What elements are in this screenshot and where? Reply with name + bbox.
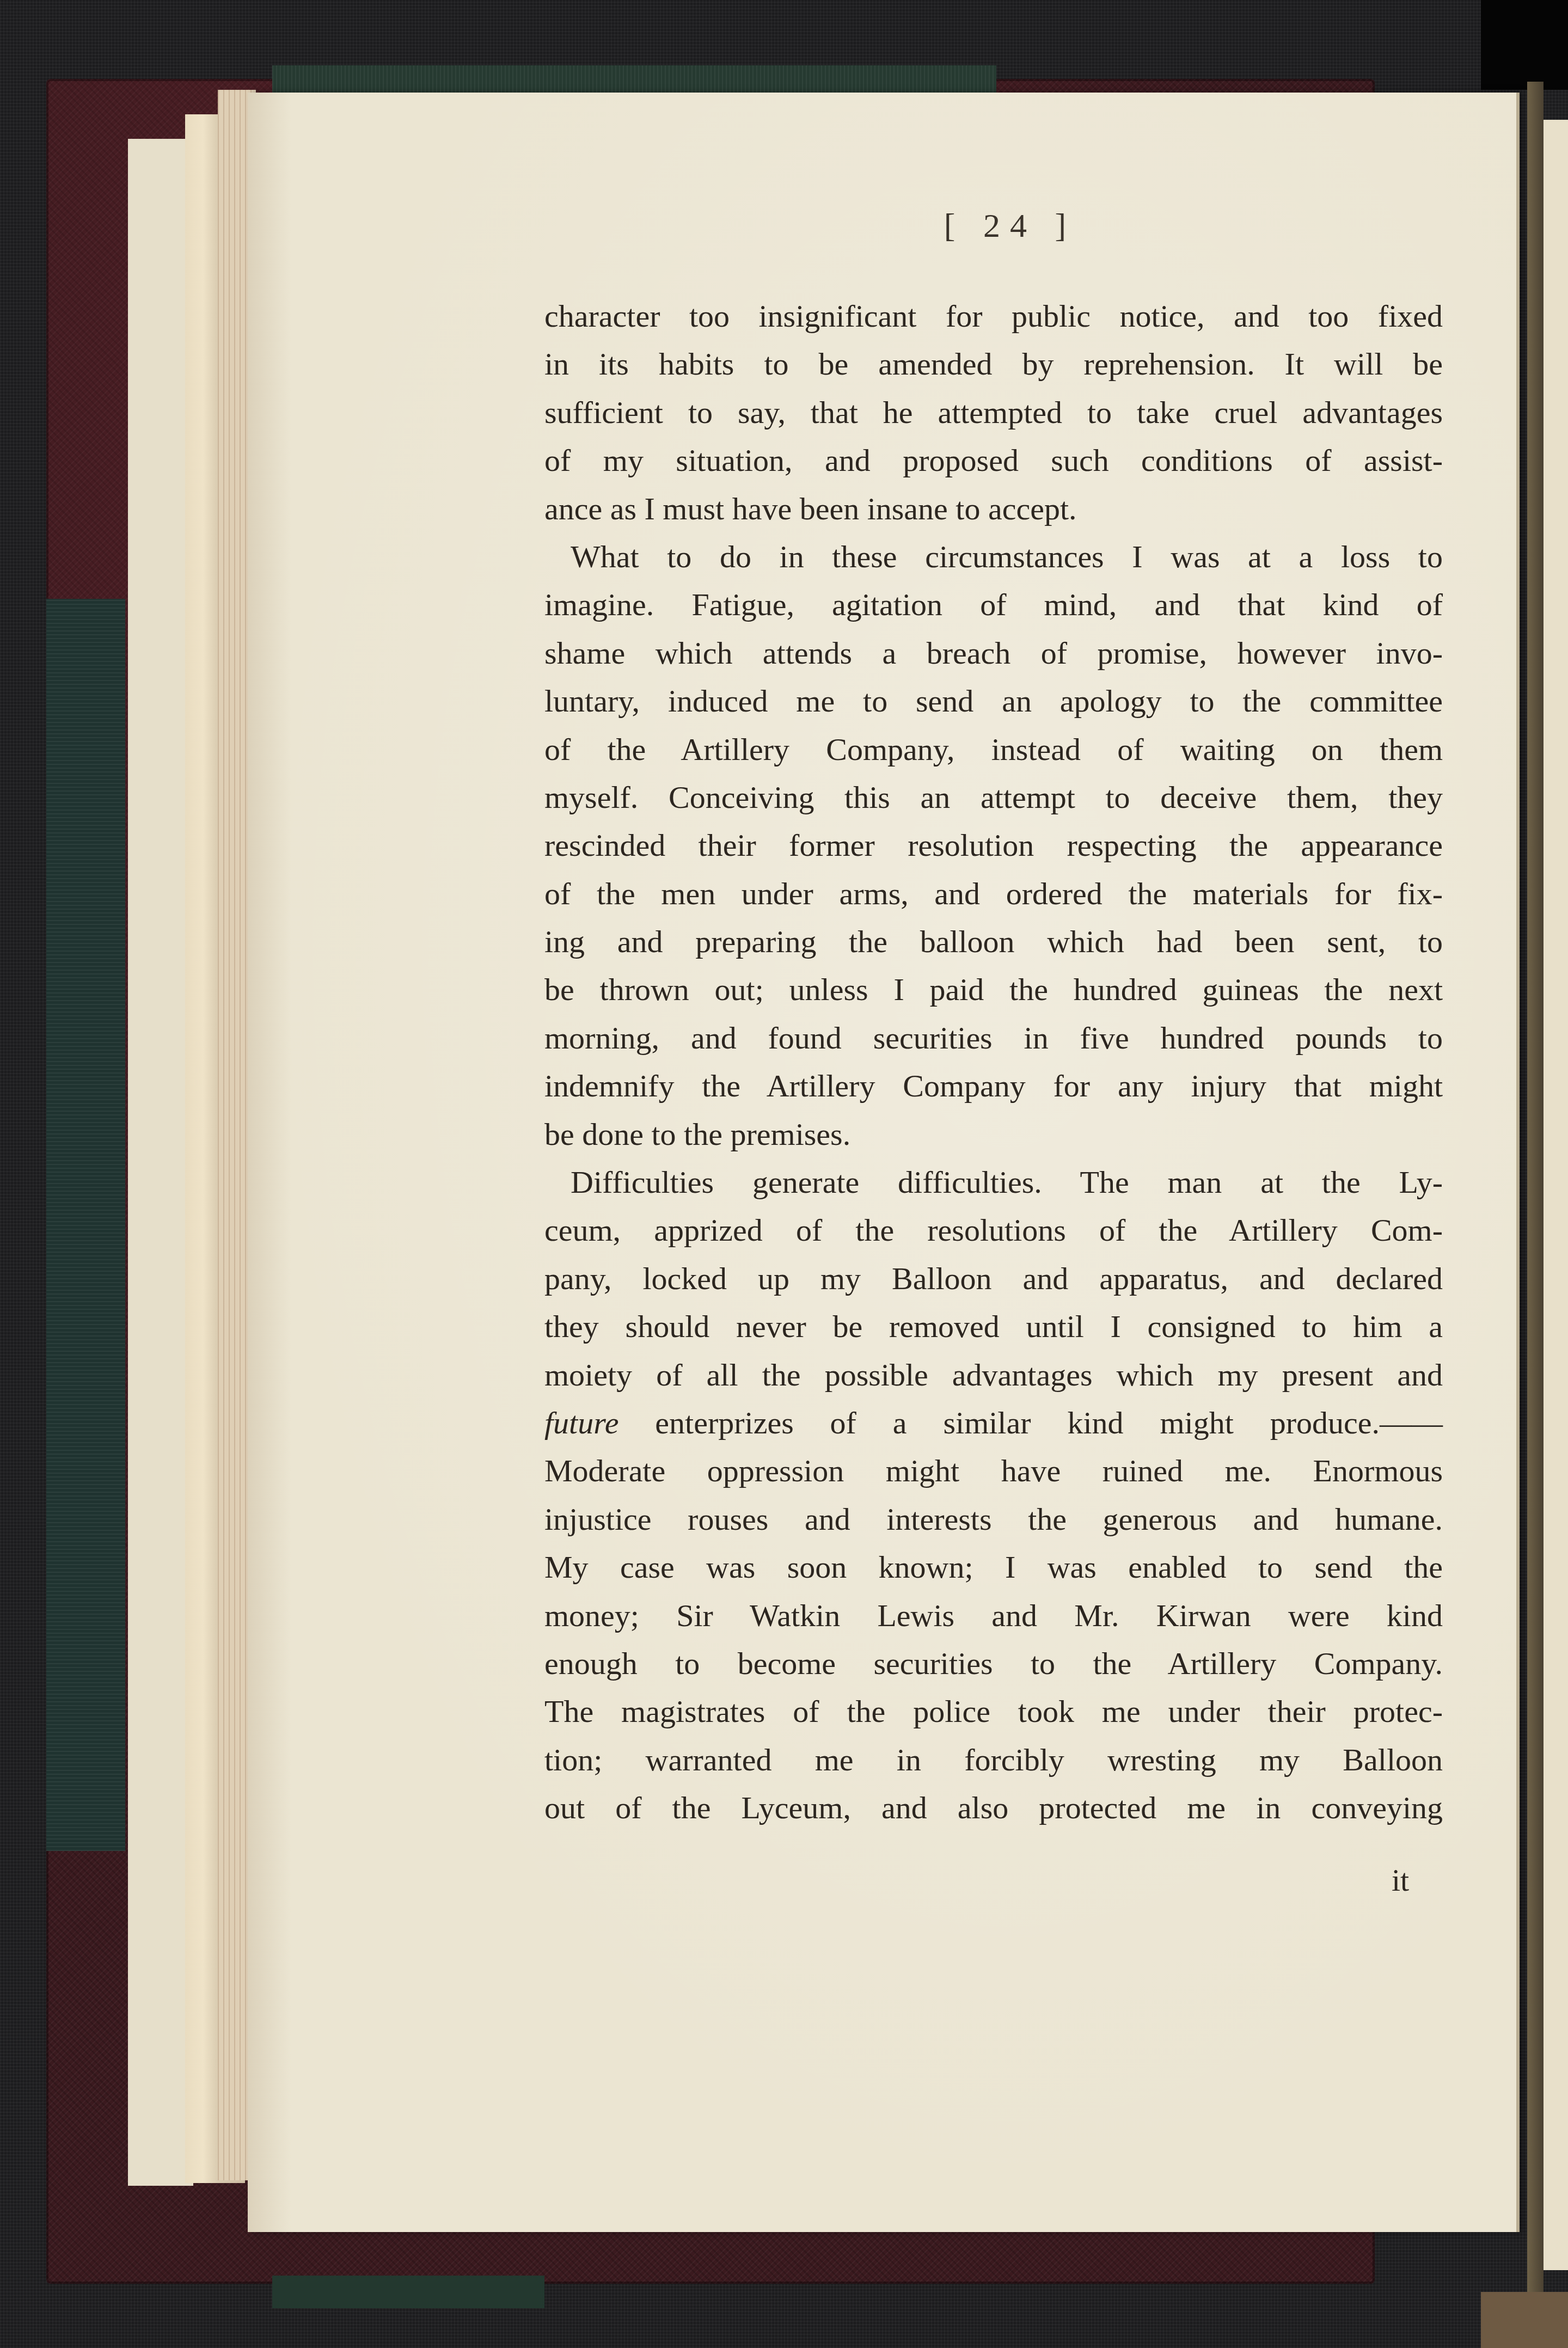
text-line: What to do in these circumstances I was … bbox=[544, 533, 1443, 581]
text-line: in its habits to be amended by reprehens… bbox=[544, 340, 1443, 388]
text-line: morning, and found securities in five hu… bbox=[544, 1014, 1443, 1062]
text-line: money; Sir Watkin Lewis and Mr. Kirwan w… bbox=[544, 1592, 1443, 1640]
text-line: The magistrates of the police took me un… bbox=[544, 1688, 1443, 1736]
text-line: enough to become securities to the Artil… bbox=[544, 1640, 1443, 1688]
text-line: shame which attends a breach of promise,… bbox=[544, 629, 1443, 677]
text-line: of the Artillery Company, instead of wai… bbox=[544, 726, 1443, 774]
running-head: [ 24 ] bbox=[544, 207, 1443, 246]
text-line: be thrown out; unless I paid the hundred… bbox=[544, 966, 1443, 1014]
text-line: tion; warranted me in forcibly wresting … bbox=[544, 1736, 1443, 1784]
text-line: pany, locked up my Balloon and apparatus… bbox=[544, 1255, 1443, 1303]
text-line: Difficulties generate difficulties. The … bbox=[544, 1158, 1443, 1206]
text-line: character too insignificant for public n… bbox=[544, 292, 1443, 340]
paragraph-1: character too insignificant for public n… bbox=[544, 292, 1443, 533]
text-line-with-italic: future enterprizes of a similar kind mig… bbox=[544, 1399, 1443, 1447]
italic-word: future bbox=[544, 1405, 618, 1440]
text-line: be done to the premises. bbox=[544, 1111, 1443, 1158]
text-line: rescinded their former resolution respec… bbox=[544, 822, 1443, 869]
text-block: [ 24 ] character too insignificant for p… bbox=[544, 207, 1443, 1832]
text-line: of my situation, and proposed such condi… bbox=[544, 437, 1443, 485]
pastedown-endpaper bbox=[128, 139, 193, 2186]
gutter-shadow bbox=[1527, 82, 1543, 2292]
text-line: indemnify the Artillery Company for any … bbox=[544, 1062, 1443, 1110]
text-line: ceum, apprized of the resolutions of the… bbox=[544, 1206, 1443, 1254]
text-line: out of the Lyceum, and also protected me… bbox=[544, 1784, 1443, 1832]
paragraph-2: What to do in these circumstances I was … bbox=[544, 533, 1443, 1158]
text-line: injustice rouses and interests the gener… bbox=[544, 1495, 1443, 1543]
green-cloth-bottom-band bbox=[272, 2276, 544, 2308]
text-line: Moderate oppression might have ruined me… bbox=[544, 1447, 1443, 1495]
paragraph-3: Difficulties generate difficulties. The … bbox=[544, 1158, 1443, 1832]
text-line: luntary, induced me to send an apology t… bbox=[544, 677, 1443, 725]
background-corner-bottom bbox=[1481, 2292, 1568, 2348]
text-line: sufficient to say, that he attempted to … bbox=[544, 389, 1443, 437]
text-line: imagine. Fatigue, agitation of mind, and… bbox=[544, 581, 1443, 629]
background-corner bbox=[1481, 0, 1568, 90]
text-line: ance as I must have been insane to accep… bbox=[544, 485, 1443, 533]
facing-page-edge bbox=[1543, 120, 1568, 2270]
text-line: My case was soon known; I was enabled to… bbox=[544, 1543, 1443, 1591]
catchword: it bbox=[1392, 1862, 1409, 1898]
text-line: ing and preparing the balloon which had … bbox=[544, 918, 1443, 966]
text-line: myself. Conceiving this an attempt to de… bbox=[544, 774, 1443, 822]
text-line: moiety of all the possible advantages wh… bbox=[544, 1351, 1443, 1399]
text-line: they should never be removed until I con… bbox=[544, 1303, 1443, 1351]
text-line-remainder: enterprizes of a similar kind might prod… bbox=[655, 1405, 1443, 1440]
text-line: of the men under arms, and ordered the m… bbox=[544, 870, 1443, 918]
green-cloth-spine-band bbox=[46, 599, 125, 1851]
